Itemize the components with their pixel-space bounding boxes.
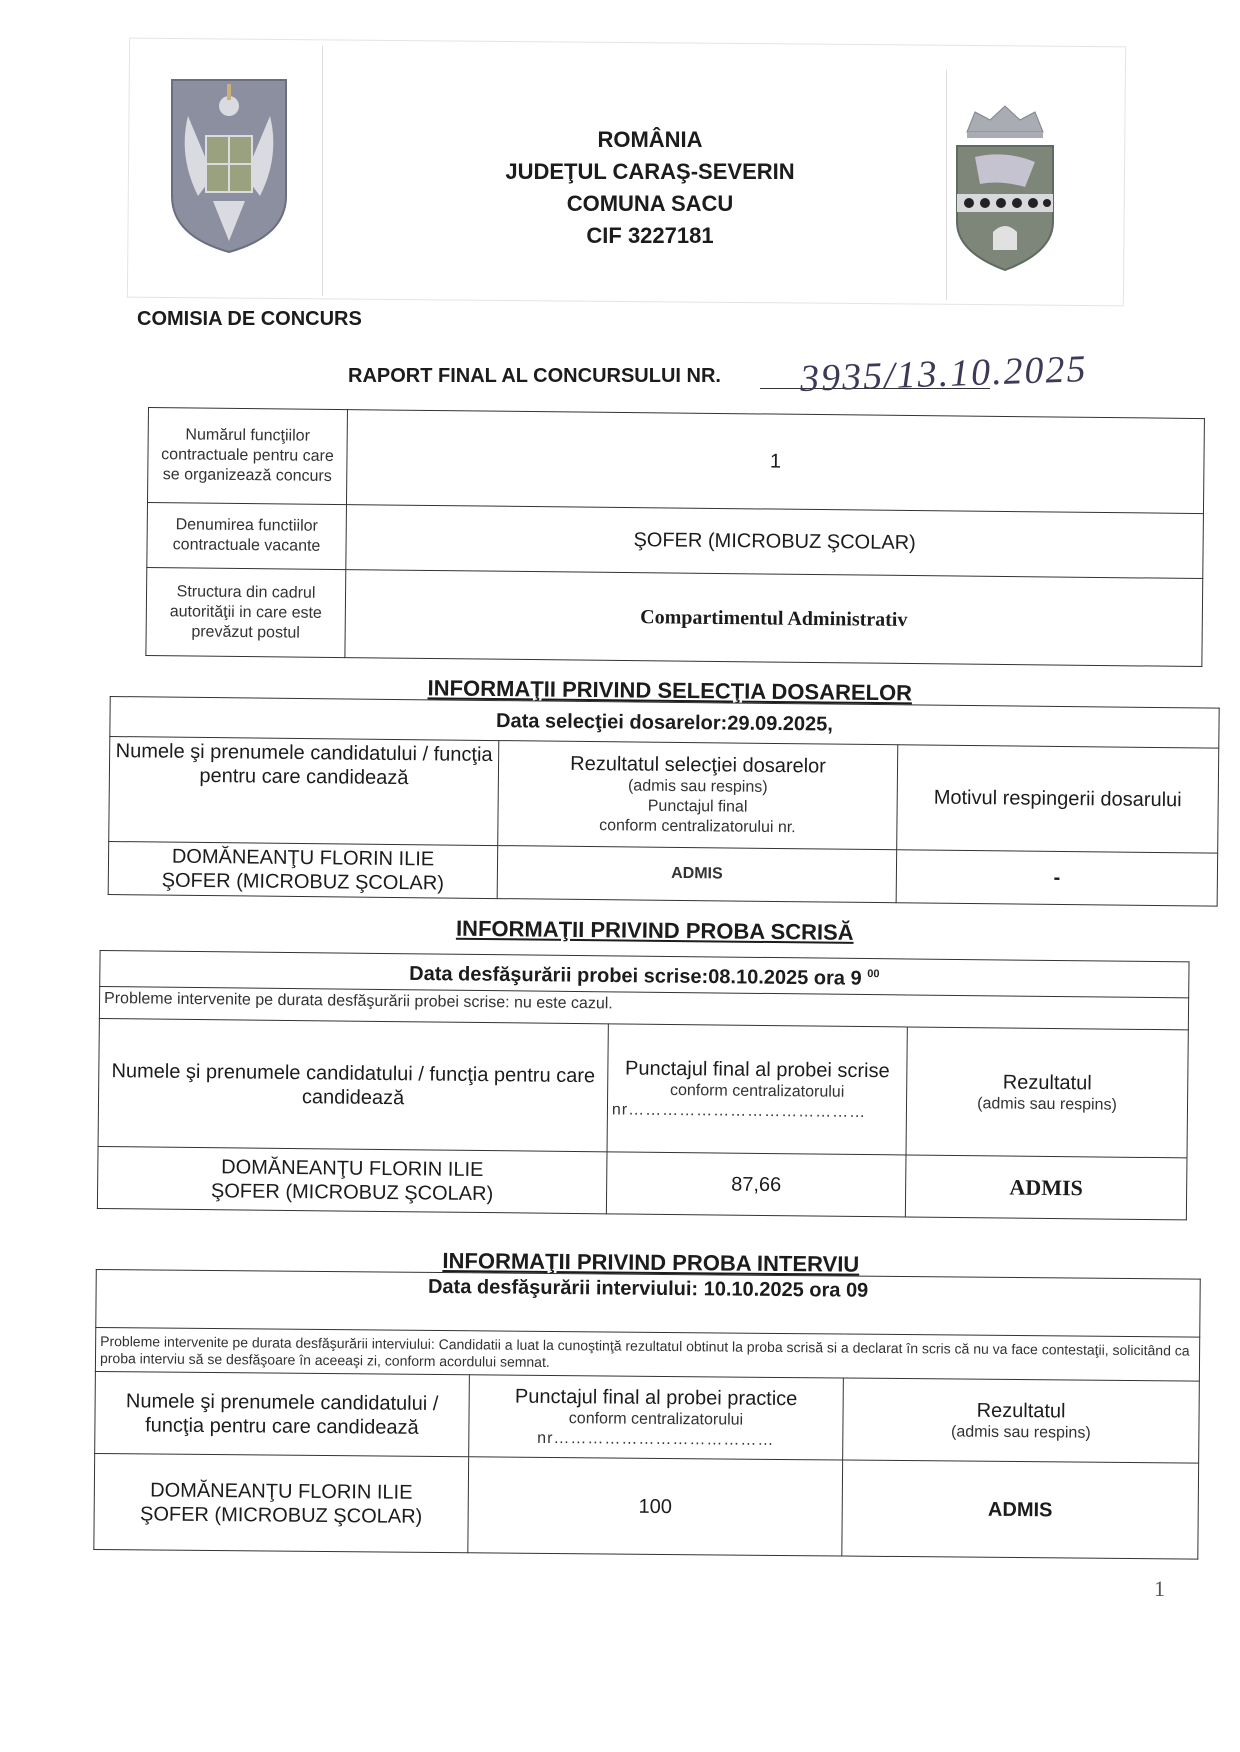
col-header-score: Punctajul final al probei scrise conform… <box>607 1024 907 1155</box>
written-test-section: INFORMAŢII PRIVIND PROBA SCRISĂ Data des… <box>97 912 1210 1221</box>
candidate-cell: DOMĂNEANŢU FLORIN ILIE ŞOFER (MICROBUZ Ş… <box>94 1453 469 1552</box>
header-title-block: ROMÂNIA JUDEŢUL CARAŞ-SEVERIN COMUNA SAC… <box>400 124 900 252</box>
col-header-score: Punctajul final al probei practice confo… <box>469 1375 844 1460</box>
written-result: ADMIS <box>905 1155 1187 1220</box>
table-row: DOMĂNEANŢU FLORIN ILIE ŞOFER (MICROBUZ Ş… <box>94 1453 1199 1559</box>
summary-value: Compartimentul Administrativ <box>345 570 1203 667</box>
written-test-table: Data desfăşurării probei scrise:08.10.20… <box>97 950 1190 1220</box>
header-commune: COMUNA SACU <box>400 188 900 220</box>
interview-section: INFORMAŢII PRIVIND PROBA INTERVIU Data d… <box>93 1245 1206 1560</box>
interview-result: ADMIS <box>842 1460 1199 1559</box>
score-header-main: Punctajul final al probei practice <box>474 1384 839 1411</box>
written-test-time-sup: 00 <box>867 968 879 980</box>
candidate-name: DOMĂNEANŢU FLORIN ILIE <box>99 1478 464 1505</box>
header-cif: CIF 3227181 <box>400 220 900 252</box>
commission-label: COMISIA DE CONCURS <box>137 308 362 331</box>
col-header-name: Numele şi prenumele candidatului / funcţ… <box>95 1371 470 1456</box>
col-header-name: Numele şi prenumele candidatului / funcţ… <box>98 1018 608 1151</box>
sacu-commune-coat-of-arms-icon <box>955 102 1055 272</box>
summary-value: 1 <box>346 410 1204 514</box>
summary-table: Numărul funcţiilor contractuale pentru c… <box>145 407 1205 667</box>
candidate-position: ŞOFER (MICROBUZ ŞCOLAR) <box>113 868 493 896</box>
col-header-result: Rezultatul (admis sau respins) <box>906 1027 1188 1158</box>
candidate-cell: DOMĂNEANŢU FLORIN ILIE ŞOFER (MICROBUZ Ş… <box>97 1146 607 1213</box>
col-header-reason: Motivul respingerii dosarului <box>897 745 1219 853</box>
score-header-nr: nr………………………………… <box>473 1428 838 1451</box>
score-header-main: Punctajul final al probei scrise <box>612 1056 902 1083</box>
dossier-reason: - <box>896 850 1218 906</box>
page-number: 1 <box>1154 1576 1165 1602</box>
result-header-main: Rezultatul <box>911 1069 1183 1096</box>
result-header-main: Rezultatul <box>847 1397 1194 1424</box>
result-header-sub: (admis sau respins) <box>847 1421 1194 1444</box>
interview-date: Data desfăşurării interviului: 10.10.202… <box>96 1270 1200 1338</box>
header-divider <box>322 46 323 296</box>
score-header-nr: nr…………………………………… <box>612 1100 902 1123</box>
dossier-section: INFORMAŢII PRIVIND SELECŢIA DOSARELOR Da… <box>108 672 1230 907</box>
table-row: DOMĂNEANŢU FLORIN ILIE ŞOFER (MICROBUZ Ş… <box>108 841 1217 906</box>
summary-label: Structura din cadrul autorităţii in care… <box>146 567 346 657</box>
summary-value: ŞOFER (MICROBUZ ŞCOLAR) <box>346 505 1204 579</box>
written-test-date-text: Data desfăşurării probei scrise:08.10.20… <box>409 963 862 990</box>
dossier-table: Data selecţiei dosarelor:29.09.2025, Num… <box>108 696 1220 907</box>
col-header-name: Numele şi prenumele candidatului / funcţ… <box>109 737 499 846</box>
summary-label: Numărul funcţiilor contractuale pentru c… <box>147 408 347 505</box>
candidate-position: ŞOFER (MICROBUZ ŞCOLAR) <box>99 1502 464 1529</box>
result-header-sub: (admis sau respins) <box>911 1093 1183 1116</box>
col-header-result: Rezultatul selecţiei dosarelor (admis sa… <box>498 741 898 850</box>
candidate-cell: DOMĂNEANŢU FLORIN ILIE ŞOFER (MICROBUZ Ş… <box>108 841 498 898</box>
summary-row: Numărul funcţiilor contractuale pentru c… <box>147 408 1204 514</box>
report-number-handwritten: 3935/13.10.2025 <box>799 347 1088 401</box>
header-county: JUDEŢUL CARAŞ-SEVERIN <box>400 156 900 188</box>
table-row: DOMĂNEANŢU FLORIN ILIE ŞOFER (MICROBUZ Ş… <box>97 1146 1187 1219</box>
header-divider <box>946 70 947 300</box>
interview-score: 100 <box>468 1457 843 1556</box>
result-header-sub: conform centralizatorului nr. <box>502 815 892 839</box>
candidate-position: ŞOFER (MICROBUZ ŞCOLAR) <box>102 1178 602 1207</box>
interview-table: Data desfăşurării interviului: 10.10.202… <box>93 1269 1200 1560</box>
summary-row: Structura din cadrul autorităţii in care… <box>146 567 1203 666</box>
romania-coat-of-arms-icon <box>168 76 290 254</box>
col-header-result: Rezultatul (admis sau respins) <box>843 1378 1200 1463</box>
written-test-title: INFORMAŢII PRIVIND PROBA SCRISĂ <box>100 912 1210 950</box>
summary-row: Denumirea functiilor contractuale vacant… <box>147 503 1204 579</box>
summary-label: Denumirea functiilor contractuale vacant… <box>147 503 347 570</box>
header-country: ROMÂNIA <box>400 124 900 156</box>
written-score: 87,66 <box>606 1152 906 1217</box>
dossier-result: ADMIS <box>497 846 897 903</box>
report-title: RAPORT FINAL AL CONCURSULUI NR. <box>348 365 721 388</box>
